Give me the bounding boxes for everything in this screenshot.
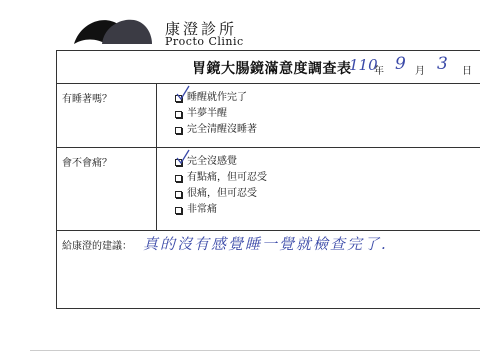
comment-field[interactable]: 真的沒有感覺睡一覺就檢查完了. xyxy=(143,233,388,254)
option-pain-1[interactable]: 完全沒感覺 xyxy=(175,154,267,170)
title-row: 胃鏡大腸鏡滿意度調查表 110 年 9 月 3 日 xyxy=(57,51,480,84)
checkbox[interactable] xyxy=(175,175,182,182)
question-pain-label: 會不會痛？ xyxy=(62,154,112,169)
page-edge-line xyxy=(30,350,480,351)
checkmark-icon xyxy=(176,85,190,101)
column-divider xyxy=(156,148,157,230)
form-title: 胃鏡大腸鏡滿意度調查表 xyxy=(192,58,352,78)
date-month-label: 月 xyxy=(415,62,425,77)
checkbox[interactable] xyxy=(175,111,182,118)
question-sleep-row: 有睡著嗎？ 睡醒就作完了 半夢半醒 完全清醒沒睡著 xyxy=(57,84,480,148)
question-pain-row: 會不會痛？ 完全沒感覺 有點痛，但可忍受 很痛，但可忍受 非常痛 xyxy=(57,148,480,231)
date-month-value[interactable]: 9 xyxy=(395,54,406,74)
column-divider xyxy=(156,84,157,147)
option-sleep-1[interactable]: 睡醒就作完了 xyxy=(175,90,257,106)
checkmark-icon xyxy=(176,149,190,165)
option-pain-2[interactable]: 有點痛，但可忍受 xyxy=(175,170,267,186)
date-day-value[interactable]: 3 xyxy=(437,54,448,74)
option-pain-3[interactable]: 很痛，但可忍受 xyxy=(175,186,267,202)
option-sleep-2[interactable]: 半夢半醒 xyxy=(175,106,257,122)
question-sleep-options: 睡醒就作完了 半夢半醒 完全清醒沒睡著 xyxy=(175,90,257,138)
checkbox[interactable] xyxy=(175,127,182,134)
option-sleep-3[interactable]: 完全清醒沒睡著 xyxy=(175,122,257,138)
clinic-logo xyxy=(72,16,152,46)
comment-row: 給康澄的建議： 真的沒有感覺睡一覺就檢查完了. xyxy=(57,231,480,309)
option-pain-4[interactable]: 非常痛 xyxy=(175,202,267,218)
date-day-label: 日 xyxy=(462,62,472,77)
date-year-label: 年 xyxy=(374,62,384,77)
clinic-name-english: Procto Clinic xyxy=(165,35,244,48)
question-sleep-label: 有睡著嗎？ xyxy=(62,90,112,105)
checkbox[interactable] xyxy=(175,191,182,198)
checkbox[interactable] xyxy=(175,207,182,214)
survey-form: 胃鏡大腸鏡滿意度調查表 110 年 9 月 3 日 有睡著嗎？ 睡醒就作完了 半… xyxy=(56,50,480,309)
comment-label: 給康澄的建議： xyxy=(62,237,132,252)
question-pain-options: 完全沒感覺 有點痛，但可忍受 很痛，但可忍受 非常痛 xyxy=(175,154,267,218)
